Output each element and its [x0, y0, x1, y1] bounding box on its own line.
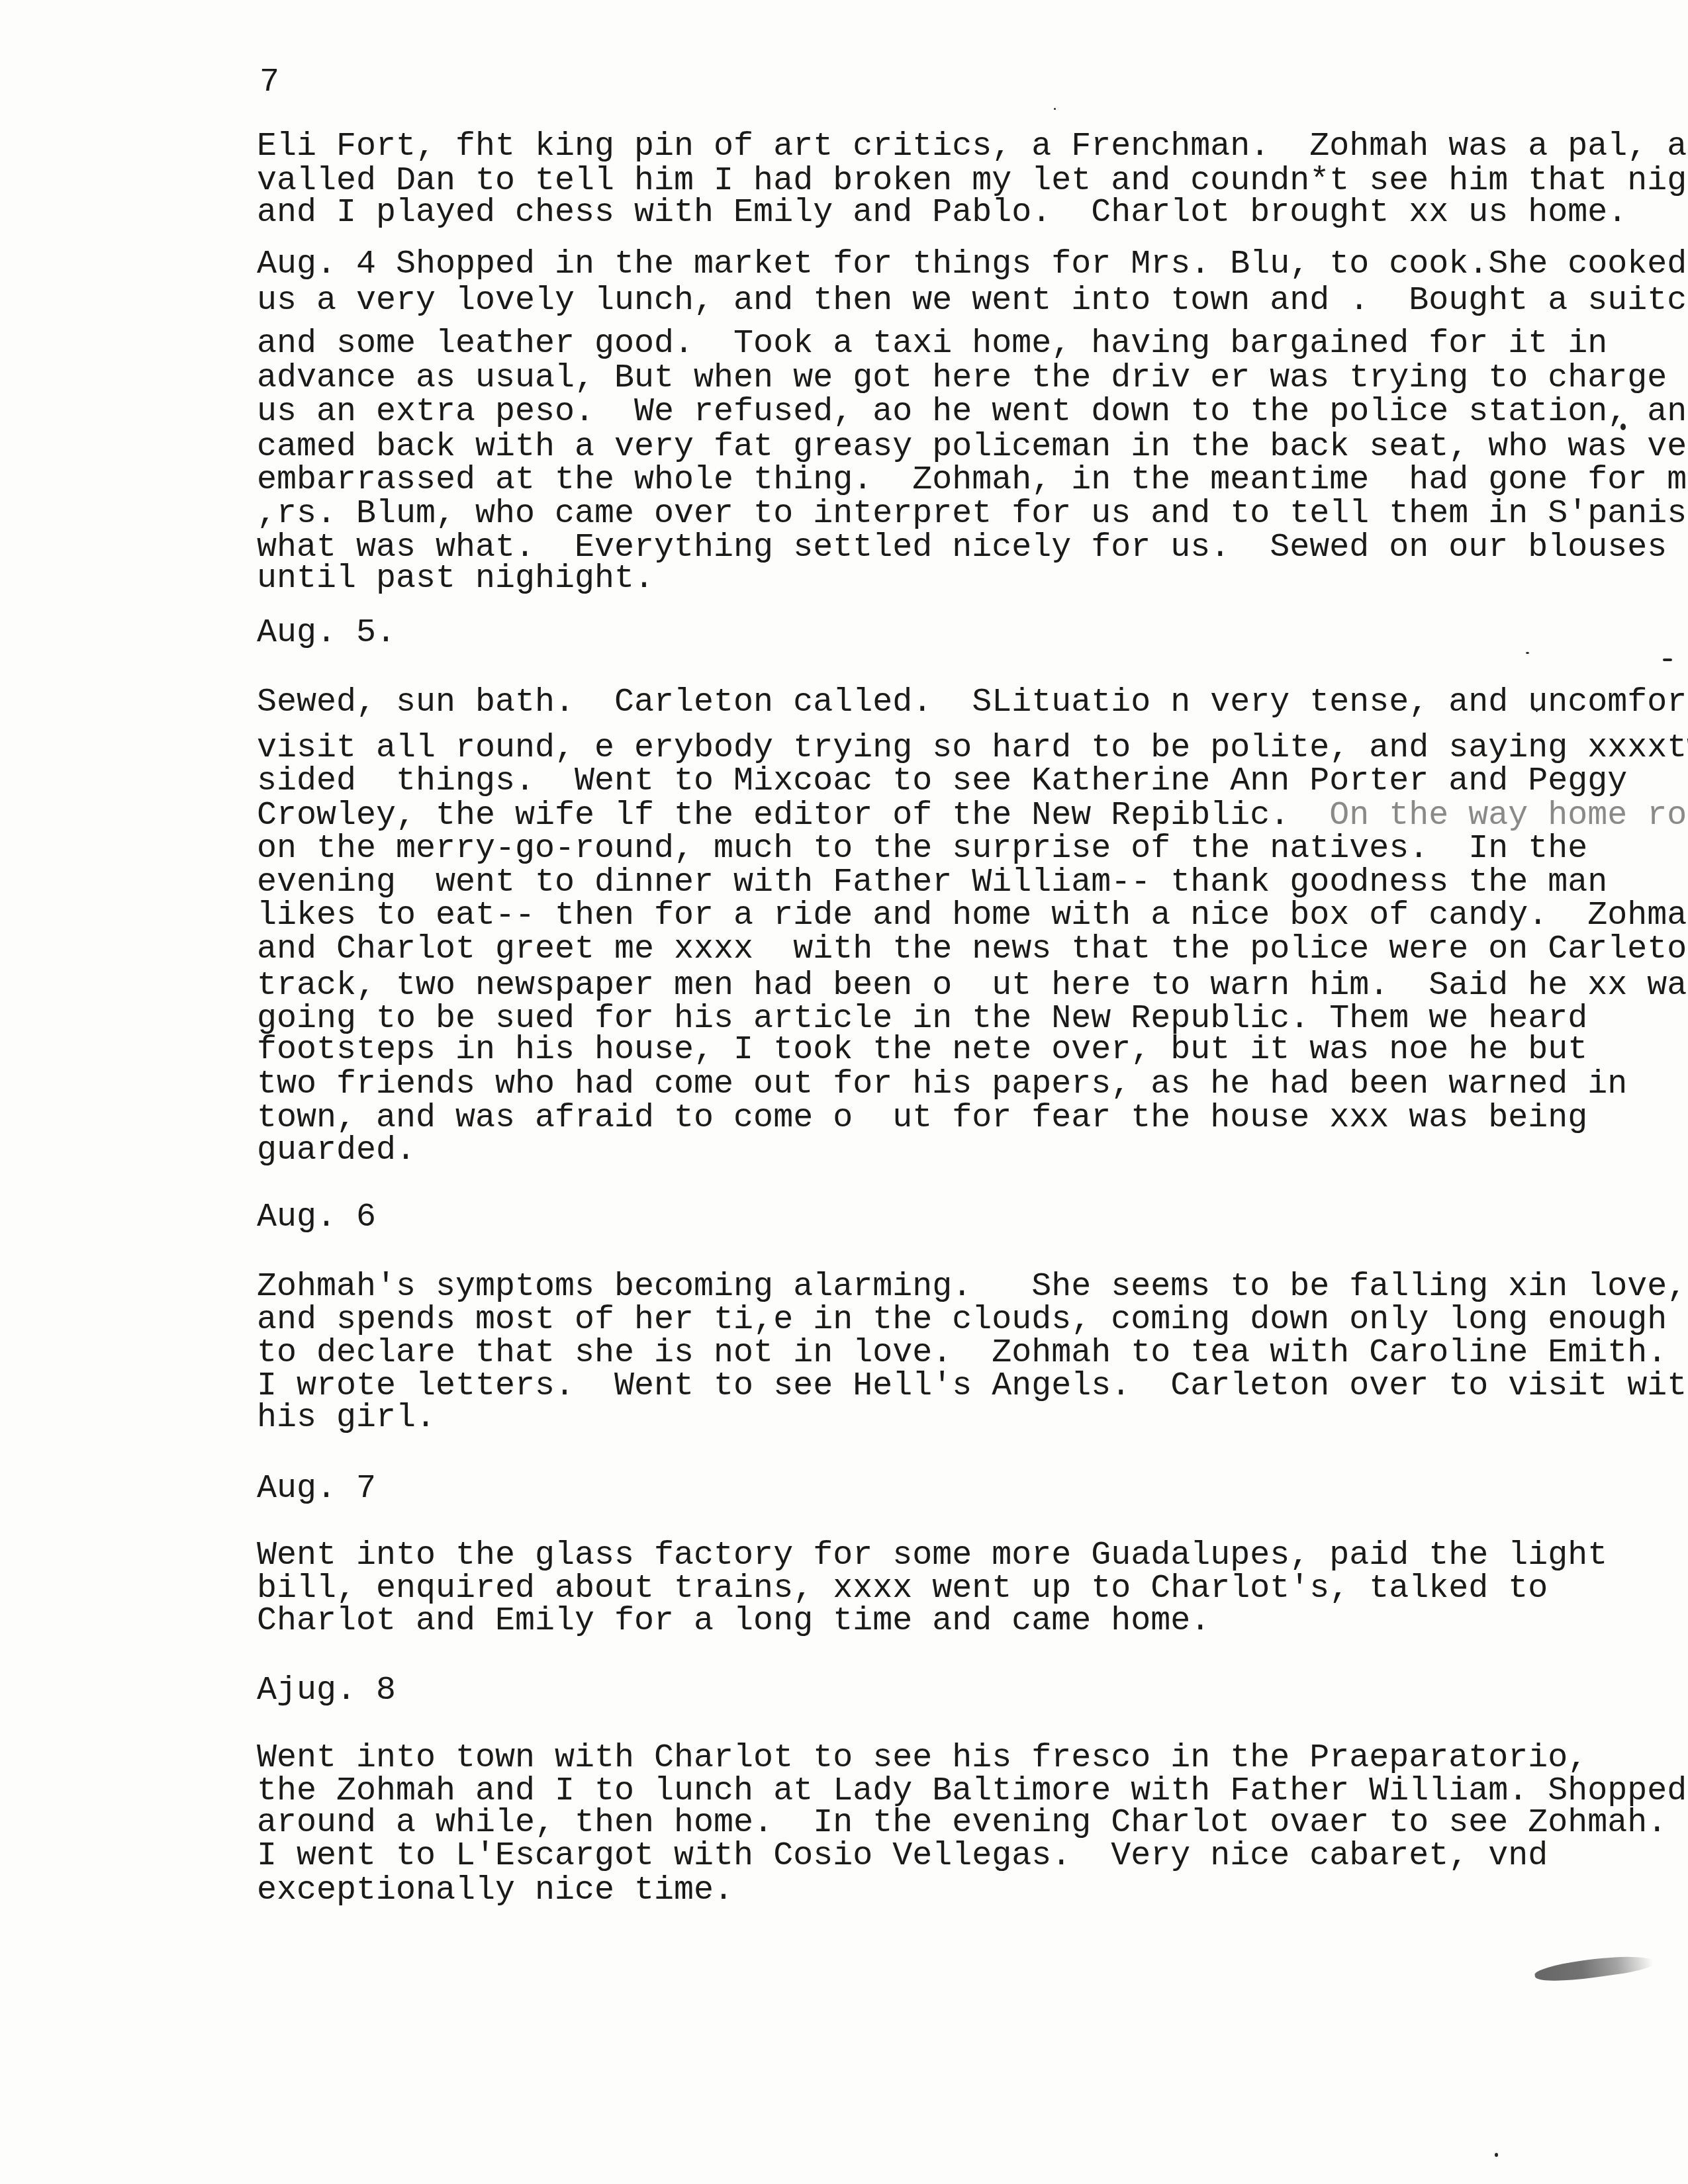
text-line: Aug. 6: [257, 1201, 376, 1234]
text-line: Went into the glass factory for some mor…: [257, 1539, 1607, 1572]
text-line-content: Aug. 4 Shopped in the market for things …: [257, 246, 1687, 283]
text-line: camed back with a very fat greasy police…: [257, 431, 1688, 464]
text-line-content: us a very lovely lunch, and then we went…: [257, 282, 1688, 320]
ink-speck: [1054, 108, 1056, 110]
text-line: footsteps in his house, I took the nete …: [257, 1034, 1587, 1067]
text-line: visit all round, e erybody trying so har…: [257, 732, 1688, 765]
text-line: evening went to dinner with Father Willi…: [257, 866, 1607, 899]
text-line: us an extra peso. We refused, ao he went…: [257, 396, 1688, 429]
text-line-content: Went into the glass factory for some mor…: [257, 1537, 1607, 1574]
ink-speck: [1495, 2153, 1498, 2157]
text-line-content: Eli Fort, fht king pin of art critics, a…: [257, 128, 1688, 165]
text-line-content: us an extra peso. We refused, ao he went…: [257, 393, 1688, 431]
text-line: Aug. 4 Shopped in the market for things …: [257, 248, 1687, 281]
text-line-content: track, two newspaper men had been o ut h…: [257, 967, 1688, 1005]
text-line: sided things. Went to Mixcoac to see Kat…: [257, 765, 1627, 798]
text-line: around a while, then home. In the evenin…: [257, 1807, 1667, 1840]
text-line: advance as usual, But when we got here t…: [257, 362, 1667, 395]
text-line: track, two newspaper men had been o ut h…: [257, 970, 1688, 1003]
text-line: ,rs. Blum, who came over to interpret fo…: [257, 498, 1688, 531]
text-line: I wrote letters. Went to see Hell's Ange…: [257, 1370, 1688, 1403]
text-line: exceptionally nice time.: [257, 1874, 733, 1907]
ink-smudge: [1534, 1951, 1654, 1986]
text-line: until past nighight.: [257, 563, 654, 596]
text-line: and Charlot greet me xxxx with the news …: [257, 933, 1688, 966]
text-line-content: and I played chess with Emily and Pablo.…: [257, 194, 1627, 232]
text-line-content: and Charlot greet me xxxx with the news …: [257, 931, 1688, 968]
text-line-content: around a while, then home. In the evenin…: [257, 1804, 1667, 1842]
text-line: Ajug. 8: [257, 1674, 396, 1707]
text-line: and some leather good. Took a taxi home,…: [257, 328, 1607, 361]
text-line-content: likes to eat-- then for a ride and home …: [257, 897, 1688, 934]
ink-speck: [1620, 424, 1626, 430]
text-line-content: exceptionally nice time.: [257, 1872, 733, 1909]
text-line: I went to L'Escargot with Cosio Vellegas…: [257, 1840, 1548, 1873]
text-line: likes to eat-- then for a ride and home …: [257, 899, 1688, 933]
text-line: on the merry-go-round, much to the surpr…: [257, 833, 1587, 866]
text-line-content: Crowley, the wife lf the editor of the N…: [257, 797, 1329, 835]
text-line: embarrassed at the whole thing. Zohmah, …: [257, 464, 1687, 497]
text-line: bill, enquired about trains, xxxx went u…: [257, 1572, 1548, 1606]
text-line-content: and spends most of her ti,e in the cloud…: [257, 1301, 1667, 1339]
ink-speck: [1536, 708, 1538, 712]
text-line-content: Aug. 5.: [257, 614, 396, 652]
text-line-content: guarded.: [257, 1132, 416, 1169]
ink-speck: [1663, 659, 1672, 661]
text-line-content: embarrassed at the whole thing. Zohmah, …: [257, 461, 1687, 499]
text-line: Aug. 7: [257, 1473, 376, 1506]
text-line-content: ,rs. Blum, who came over to interpret fo…: [257, 495, 1688, 533]
text-line-content: evening went to dinner with Father Willi…: [257, 864, 1607, 901]
text-line-content: Aug. 6: [257, 1199, 376, 1236]
typed-diary-page: 7 Eli Fort, fht king pin of art critics,…: [0, 0, 1688, 2184]
text-line: Went into town with Charlot to see his f…: [257, 1742, 1587, 1775]
text-line: two friends who had come out for his pap…: [257, 1068, 1627, 1101]
text-line: Eli Fort, fht king pin of art critics, a…: [257, 130, 1688, 163]
text-line-content: I wrote letters. Went to see Hell's Ange…: [257, 1367, 1688, 1405]
text-line: Charlot and Emily for a long time and ca…: [257, 1605, 1210, 1638]
text-line: town, and was afraid to come o ut for fe…: [257, 1102, 1587, 1135]
text-line: the Zohmah and I to lunch at Lady Baltim…: [257, 1775, 1687, 1808]
text-line-content: Went into town with Charlot to see his f…: [257, 1739, 1587, 1777]
text-line: valled Dan to tell him I had broken my l…: [257, 165, 1688, 198]
text-line-content: advance as usual, But when we got here t…: [257, 359, 1667, 397]
text-line-content: to declare that she is not in love. Zohm…: [257, 1334, 1667, 1372]
text-line: Crowley, the wife lf the editor of the N…: [257, 799, 1688, 833]
text-line-content: two friends who had come out for his pap…: [257, 1066, 1627, 1103]
text-line: and spends most of her ti,e in the cloud…: [257, 1304, 1667, 1337]
text-line: us a very lovely lunch, and then we went…: [257, 285, 1688, 318]
text-line-content: Charlot and Emily for a long time and ca…: [257, 1602, 1210, 1640]
page-number: 7: [259, 66, 279, 99]
text-line: Aug. 5.: [257, 617, 396, 650]
text-line-content: town, and was afraid to come o ut for fe…: [257, 1099, 1587, 1137]
text-line-content: until past nighight.: [257, 560, 654, 598]
text-line-content: I went to L'Escargot with Cosio Vellegas…: [257, 1837, 1548, 1875]
text-line: to declare that she is not in love. Zohm…: [257, 1337, 1667, 1370]
text-line-content: Sewed, sun bath. Carleton called. SLitua…: [257, 684, 1688, 721]
text-line: Sewed, sun bath. Carleton called. SLitua…: [257, 686, 1688, 719]
text-line: and I played chess with Emily and Pablo.…: [257, 197, 1627, 230]
text-line-content: his girl.: [257, 1399, 436, 1437]
text-line: Zohmah's symptoms becoming alarming. She…: [257, 1271, 1687, 1304]
ink-speck: [1526, 652, 1529, 654]
text-line: his girl.: [257, 1402, 436, 1435]
text-line-content: Zohmah's symptoms becoming alarming. She…: [257, 1268, 1687, 1306]
text-line-content: on the merry-go-round, much to the surpr…: [257, 830, 1587, 868]
text-line: guarded.: [257, 1134, 416, 1167]
text-line-content: Ajug. 8: [257, 1672, 396, 1709]
text-line-content: visit all round, e erybody trying so har…: [257, 729, 1688, 767]
text-line-content: sided things. Went to Mixcoac to see Kat…: [257, 762, 1627, 800]
text-line-content: footsteps in his house, I took the nete …: [257, 1031, 1587, 1069]
text-line-content: and some leather good. Took a taxi home,…: [257, 325, 1607, 363]
text-line-content: Aug. 7: [257, 1470, 376, 1508]
text-line-content: camed back with a very fat greasy police…: [257, 428, 1688, 466]
faded-text: On the way home rode: [1329, 797, 1688, 835]
